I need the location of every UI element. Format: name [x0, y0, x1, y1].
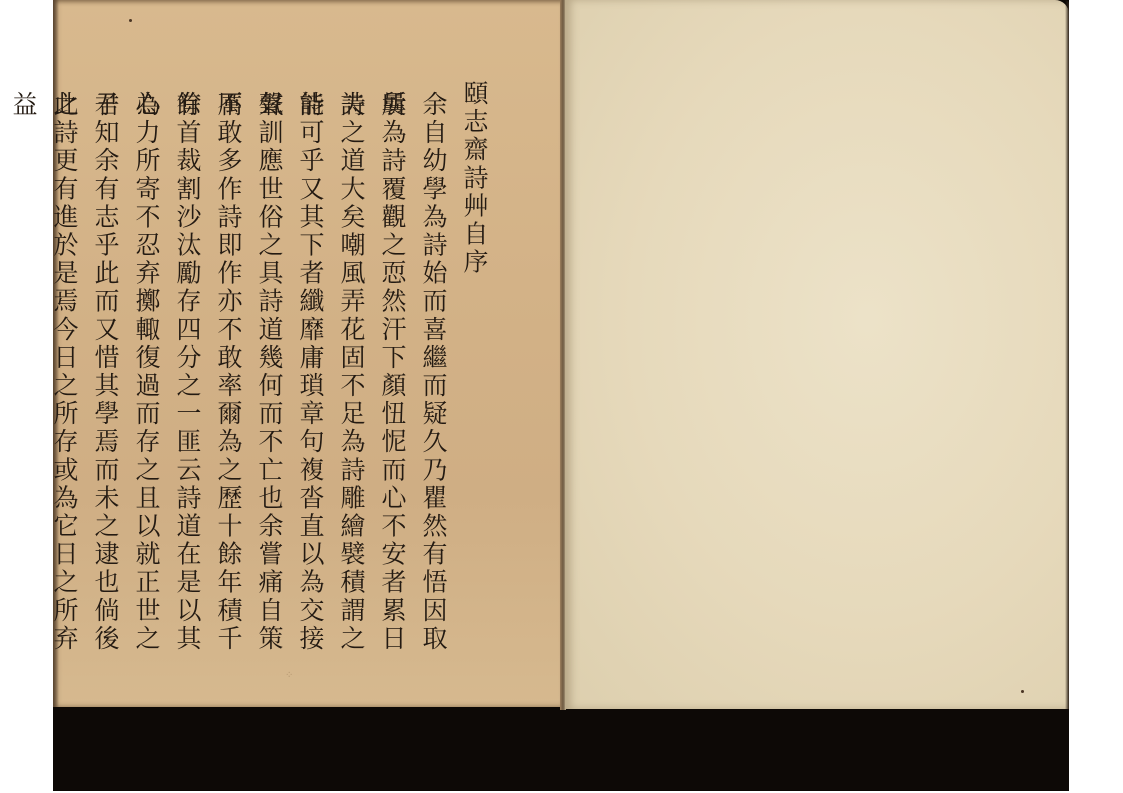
ink-speck [129, 19, 132, 22]
text-column-4: 詩可乎又其下者纖靡庸瑣章句複沓直以為交接聲 [290, 91, 331, 678]
text-column-1: 余自幼學為詩始而喜繼而疑久乃瞿然有悟因取曩 [413, 91, 454, 678]
text-column-8: 心力所寄不忍弃擲輙復過而存之且以就正世之君 [126, 91, 167, 678]
text-column-6: 不敢多作詩即作亦不敢率爾為之歷十餘年積千有 [208, 91, 249, 678]
bleed-through-mark: ⁘ [285, 670, 303, 690]
text-column-2: 所為詩覆觀之恧然汗下顏忸怩而心不安者累日夫 [372, 91, 413, 678]
left-page: 頤志齋詩艸自序 余自幼學為詩始而喜繼而疑久乃瞿然有悟因取曩 所為詩覆觀之恧然汗下… [53, 0, 563, 707]
right-page-blank [565, 0, 1069, 709]
text-column-10: 之詩更有進於是焉今日之所存或為它日之所弃益 [44, 91, 85, 678]
text-column-3: 詩之道大矣嘲風弄花固不足為詩雕繪襞積謂之能 [331, 91, 372, 678]
text-columns: 頤志齋詩艸自序 余自幼學為詩始而喜繼而疑久乃瞿然有悟因取曩 所為詩覆觀之恧然汗下… [44, 78, 495, 678]
preface-title: 頤志齋詩艸自序 [454, 80, 495, 678]
text-column-5: 氣訓應世俗之具詩道幾何而不亡也余嘗痛自策厲 [249, 91, 290, 678]
text-column-7: 餘首裁割沙汰勵存四分之一匪云詩道在是以其為 [167, 91, 208, 678]
text-column-9: 子知余有志乎此而又惜其學焉而未之逮也倘後此 [85, 91, 126, 678]
scanned-book-spread: 頤志齋詩艸自序 余自幼學為詩始而喜繼而疑久乃瞿然有悟因取曩 所為詩覆觀之恧然汗下… [53, 0, 1069, 791]
ink-speck [1021, 690, 1024, 693]
